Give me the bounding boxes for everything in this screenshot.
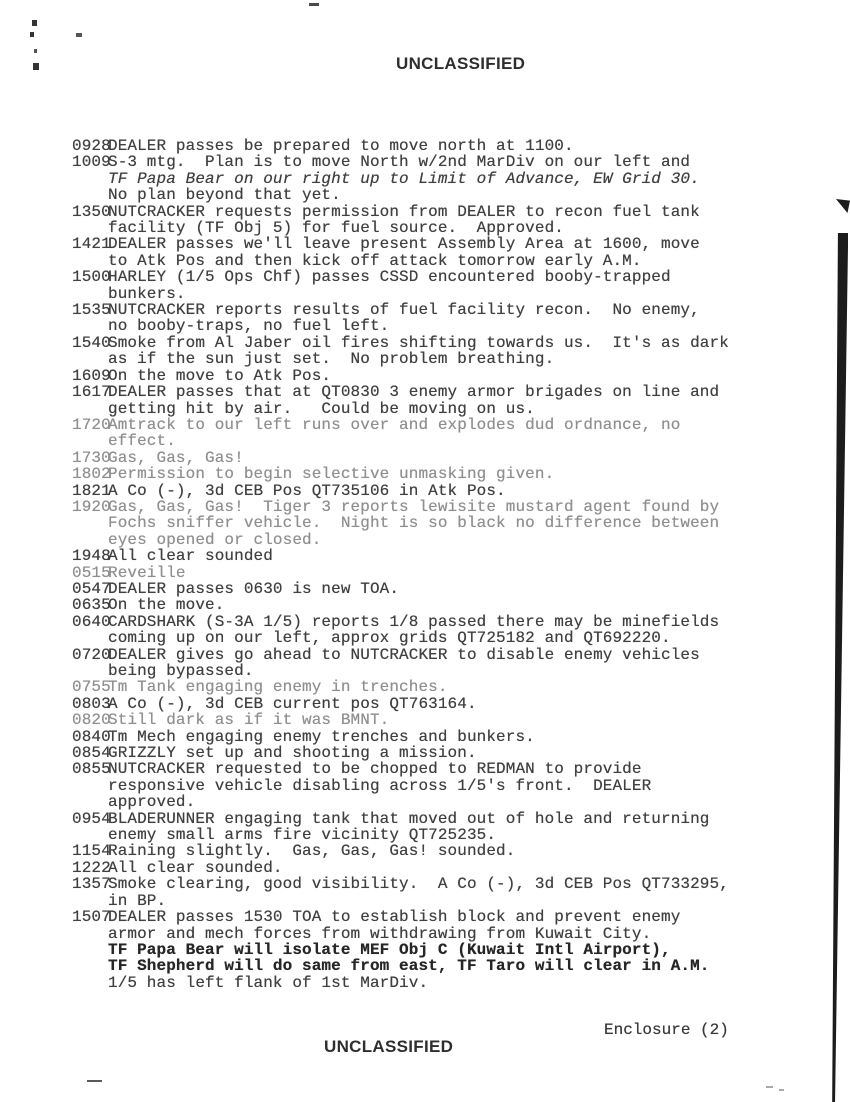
entry-line: All clear sounded. [108, 860, 792, 876]
entry-line: DEALER gives go ahead to NUTCRACKER to d… [108, 647, 792, 663]
entry-time: 1802 [72, 466, 111, 482]
scan-artifact-bottom-dash [87, 1080, 102, 1082]
classification-header: UNCLASSIFIED [396, 54, 525, 74]
entry-time: 1617 [72, 384, 111, 400]
log-entry: 0855NUTCRACKER requested to be chopped t… [72, 761, 792, 810]
log-entry: 1948All clear sounded [72, 548, 792, 564]
log-entry: 1154Raining slightly. Gas, Gas, Gas! sou… [72, 843, 792, 859]
scan-artifact-speck [32, 20, 37, 26]
log-entry: 0928DEALER passes be prepared to move no… [72, 138, 792, 154]
entry-time: 0720 [72, 647, 111, 663]
entry-line: On the move. [108, 597, 792, 613]
entry-time: 0755 [72, 679, 111, 695]
log-entry: 1802Permission to begin selective unmask… [72, 466, 792, 482]
entry-line: CARDSHARK (S-3A 1/5) reports 1/8 passed … [108, 614, 792, 630]
entry-time: 0635 [72, 597, 111, 613]
log-entry: 1540Smoke from Al Jaber oil fires shifti… [72, 335, 792, 368]
entry-line: DEALER passes be prepared to move north … [108, 138, 792, 154]
entry-line: coming up on our left, approx grids QT72… [108, 630, 792, 646]
entry-line: TF Papa Bear will isolate MEF Obj C (Kuw… [108, 942, 792, 958]
log-entry: 0755Tm Tank engaging enemy in trenches. [72, 679, 792, 695]
log-entry: 1421DEALER passes we'll leave present As… [72, 236, 792, 269]
entry-time: 1948 [72, 548, 111, 564]
entry-line: TF Shepherd will do same from east, TF T… [108, 958, 792, 974]
entry-line: 1/5 has left flank of 1st MarDiv. [108, 975, 792, 991]
log-entry: 1350NUTCRACKER requests permission from … [72, 204, 792, 237]
entry-line: enemy small arms fire vicinity QT725235. [108, 827, 792, 843]
entry-line: eyes opened or closed. [108, 532, 792, 548]
entry-time: 1920 [72, 499, 111, 515]
entry-line: NUTCRACKER requests permission from DEAL… [108, 204, 792, 220]
entry-line: DEALER passes that at QT0830 3 enemy arm… [108, 384, 792, 400]
entry-line: TF Papa Bear on our right up to Limit of… [108, 171, 792, 187]
entry-line: A Co (-), 3d CEB Pos QT735106 in Atk Pos… [108, 483, 792, 499]
log-entry: 0640CARDSHARK (S-3A 1/5) reports 1/8 pas… [72, 614, 792, 647]
log-entry: 1222All clear sounded. [72, 860, 792, 876]
scan-artifact-edge-line [830, 233, 848, 1102]
entry-time: 0954 [72, 811, 111, 827]
log-entry: 1920Gas, Gas, Gas! Tiger 3 reports lewis… [72, 499, 792, 548]
log-entry: 0840Tm Mech engaging enemy trenches and … [72, 729, 792, 745]
entry-line: HARLEY (1/5 Ops Chf) passes CSSD encount… [108, 269, 792, 285]
log-entry: 1821A Co (-), 3d CEB Pos QT735106 in Atk… [72, 483, 792, 499]
entry-line: Raining slightly. Gas, Gas, Gas! sounded… [108, 843, 792, 859]
log-entry: 0854GRIZZLY set up and shooting a missio… [72, 745, 792, 761]
log-entry: 0820Still dark as if it was BMNT. [72, 712, 792, 728]
entry-time: 0640 [72, 614, 111, 630]
entry-line: DEALER passes 1530 TOA to establish bloc… [108, 909, 792, 925]
entry-line: A Co (-), 3d CEB current pos QT763164. [108, 696, 792, 712]
entry-line: to Atk Pos and then kick off attack tomo… [108, 253, 792, 269]
log-entry: 0515Reveille [72, 565, 792, 581]
entry-line: Fochs sniffer vehicle. Night is so black… [108, 515, 792, 531]
classification-footer: UNCLASSIFIED [324, 1037, 453, 1057]
entry-time: 1609 [72, 368, 111, 384]
entry-time: 1421 [72, 236, 111, 252]
entry-line: Smoke from Al Jaber oil fires shifting t… [108, 335, 792, 351]
log-entry: 1507DEALER passes 1530 TOA to establish … [72, 909, 792, 991]
entry-line: responsive vehicle disabling across 1/5'… [108, 778, 792, 794]
log-entry: 1357Smoke clearing, good visibility. A C… [72, 876, 792, 909]
entry-line: effect. [108, 433, 792, 449]
entry-line: NUTCRACKER requested to be chopped to RE… [108, 761, 792, 777]
entry-line: armor and mech forces from withdrawing f… [108, 926, 792, 942]
scan-artifact-edge-wedge [836, 199, 850, 213]
entry-line: Tm Mech engaging enemy trenches and bunk… [108, 729, 792, 745]
entry-line: NUTCRACKER reports results of fuel facil… [108, 302, 792, 318]
entry-time: 0803 [72, 696, 111, 712]
entry-line: no booby-traps, no fuel left. [108, 318, 792, 334]
entry-line: being bypassed. [108, 663, 792, 679]
log-entry: 0547DEALER passes 0630 is new TOA. [72, 581, 792, 597]
document-page: UNCLASSIFIED 0928DEALER passes be prepar… [0, 0, 850, 1102]
log-entry: 1009S-3 mtg. Plan is to move North w/2nd… [72, 154, 792, 203]
entry-line: in BP. [108, 893, 792, 909]
entry-time: 0855 [72, 761, 111, 777]
log-entry: 0803A Co (-), 3d CEB current pos QT76316… [72, 696, 792, 712]
entry-line: BLADERUNNER engaging tank that moved out… [108, 811, 792, 827]
entry-line: Gas, Gas, Gas! Tiger 3 reports lewisite … [108, 499, 792, 515]
log-entry: 1500HARLEY (1/5 Ops Chf) passes CSSD enc… [72, 269, 792, 302]
entry-line: DEALER passes we'll leave present Assemb… [108, 236, 792, 252]
scan-artifact-top-dash [309, 3, 319, 6]
entry-time: 1009 [72, 154, 111, 170]
entry-line: No plan beyond that yet. [108, 187, 792, 203]
entry-time: 0515 [72, 565, 111, 581]
entry-time: 1154 [72, 843, 111, 859]
log-entry: 0954BLADERUNNER engaging tank that moved… [72, 811, 792, 844]
scan-artifact-bottom-right [766, 1086, 773, 1088]
entry-line: Gas, Gas, Gas! [108, 450, 792, 466]
entry-time: 1507 [72, 909, 111, 925]
entry-line: Smoke clearing, good visibility. A Co (-… [108, 876, 792, 892]
scan-artifact-speck [76, 33, 82, 37]
log-entry: 1720Amtrack to our left runs over and ex… [72, 417, 792, 450]
log-entry: 0635On the move. [72, 597, 792, 613]
entry-time: 0928 [72, 138, 111, 154]
entry-line: facility (TF Obj 5) for fuel source. App… [108, 220, 792, 236]
entry-time: 1350 [72, 204, 111, 220]
entry-time: 0854 [72, 745, 111, 761]
entry-time: 1540 [72, 335, 111, 351]
entry-time: 1222 [72, 860, 111, 876]
entry-line: approved. [108, 794, 792, 810]
entry-line: Still dark as if it was BMNT. [108, 712, 792, 728]
log-entry: 1609On the move to Atk Pos. [72, 368, 792, 384]
entry-line: On the move to Atk Pos. [108, 368, 792, 384]
scan-artifact-speck [30, 32, 34, 37]
entry-line: getting hit by air. Could be moving on u… [108, 401, 792, 417]
entry-line: Tm Tank engaging enemy in trenches. [108, 679, 792, 695]
scan-artifact-bottom-right [779, 1089, 784, 1091]
entry-time: 0547 [72, 581, 111, 597]
entry-time: 1821 [72, 483, 111, 499]
enclosure-label: Enclosure (2) [604, 1021, 729, 1039]
entry-line: S-3 mtg. Plan is to move North w/2nd Mar… [108, 154, 792, 170]
entry-time: 0820 [72, 712, 111, 728]
entry-line: Reveille [108, 565, 792, 581]
entry-time: 0840 [72, 729, 111, 745]
log-entry: 1617DEALER passes that at QT0830 3 enemy… [72, 384, 792, 417]
entry-line: GRIZZLY set up and shooting a mission. [108, 745, 792, 761]
entry-time: 1357 [72, 876, 111, 892]
log-entry: 1730Gas, Gas, Gas! [72, 450, 792, 466]
entry-time: 1730 [72, 450, 111, 466]
entry-time: 1535 [72, 302, 111, 318]
log-entry: 0720DEALER gives go ahead to NUTCRACKER … [72, 647, 792, 680]
log-entry: 1535NUTCRACKER reports results of fuel f… [72, 302, 792, 335]
scan-artifact-speck [34, 49, 37, 53]
entry-line: All clear sounded [108, 548, 792, 564]
scan-artifact-speck [33, 63, 39, 70]
entry-time: 1720 [72, 417, 111, 433]
entry-line: Permission to begin selective unmasking … [108, 466, 792, 482]
log-entries: 0928DEALER passes be prepared to move no… [72, 138, 792, 991]
entry-line: bunkers. [108, 286, 792, 302]
entry-line: DEALER passes 0630 is new TOA. [108, 581, 792, 597]
entry-line: as if the sun just set. No problem breat… [108, 351, 792, 367]
entry-time: 1500 [72, 269, 111, 285]
entry-line: Amtrack to our left runs over and explod… [108, 417, 792, 433]
